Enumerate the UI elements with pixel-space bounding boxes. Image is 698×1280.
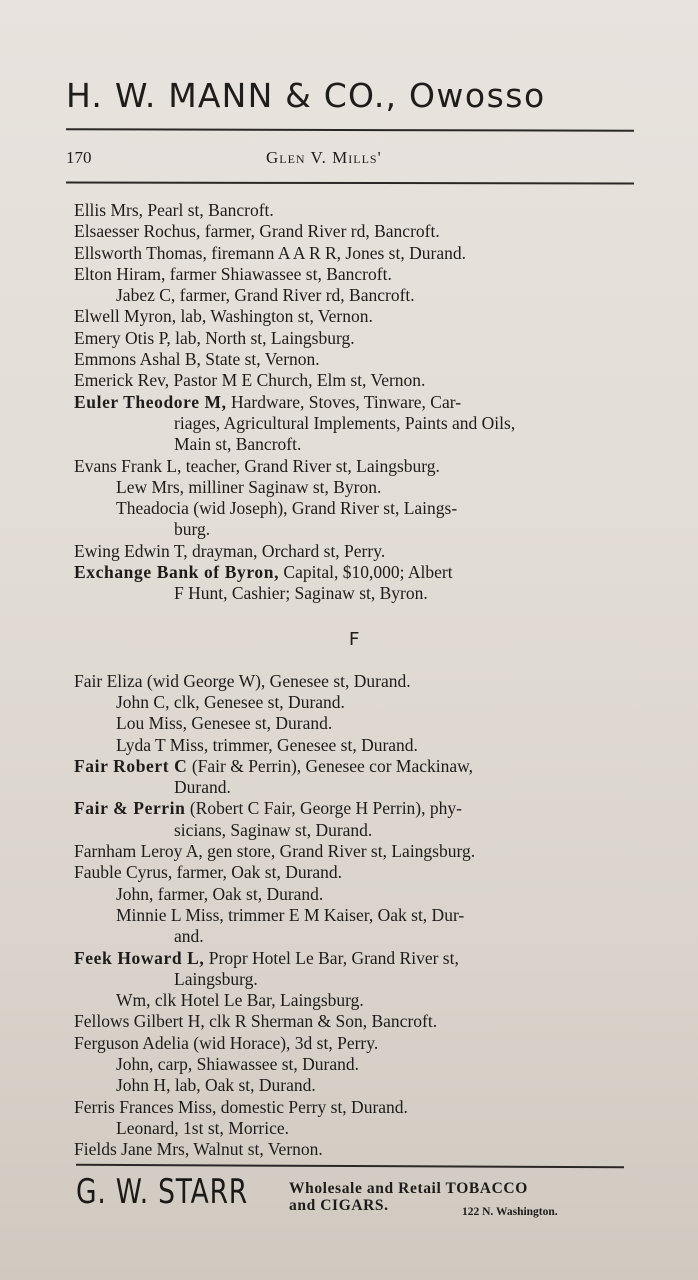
entry-text: Theadocia (wid Joseph), Grand River st, … bbox=[116, 498, 457, 518]
entry-text: Ellis Mrs, Pearl st, Bancroft. bbox=[74, 200, 274, 220]
entry-text: Evans Frank L, teacher, Grand River st, … bbox=[74, 456, 440, 476]
directory-entry: Emery Otis P, lab, North st, Laingsburg. bbox=[74, 328, 634, 349]
footer-ad-address: 122 N. Washington. bbox=[462, 1206, 558, 1218]
entry-text: Ferguson Adelia (wid Horace), 3d st, Per… bbox=[74, 1033, 378, 1053]
directory-entry: Elwell Myron, lab, Washington st, Vernon… bbox=[74, 306, 634, 327]
entry-continuation: Main st, Bancroft. bbox=[74, 434, 634, 455]
entry-continuation: and. bbox=[74, 926, 634, 947]
entry-text: Jabez C, farmer, Grand River rd, Bancrof… bbox=[116, 285, 415, 305]
directory-entry: John H, lab, Oak st, Durand. bbox=[74, 1075, 634, 1096]
header-ad-firm: H. W. MANN & CO., bbox=[66, 76, 397, 115]
directory-entry: Elton Hiram, farmer Shiawassee st, Bancr… bbox=[74, 264, 634, 285]
footer-ad-line2: and CIGARS. bbox=[289, 1197, 389, 1215]
directory-entry: Farnham Leroy A, gen store, Grand River … bbox=[74, 841, 634, 862]
footer-ad-line1: Wholesale and Retail TOBACCO bbox=[289, 1180, 528, 1198]
section-letter-f: F bbox=[74, 619, 634, 661]
entry-bold-name: Fair & Perrin bbox=[74, 798, 185, 818]
directory-entry: Elsaesser Rochus, farmer, Grand River rd… bbox=[74, 221, 634, 242]
entry-continuation: burg. bbox=[74, 519, 634, 540]
entry-text: Propr Hotel Le Bar, Grand River st, bbox=[204, 948, 458, 968]
entry-text: Hardware, Stoves, Tinware, Car- bbox=[227, 392, 461, 412]
directory-entry: John C, clk, Genesee st, Durand. bbox=[74, 692, 634, 713]
entry-text: John, carp, Shiawassee st, Durand. bbox=[116, 1054, 359, 1074]
entry-bold-name: Fair Robert C bbox=[74, 756, 187, 776]
entry-text: Lyda T Miss, trimmer, Genesee st, Durand… bbox=[116, 735, 418, 755]
entry-text: Ewing Edwin T, drayman, Orchard st, Perr… bbox=[74, 541, 385, 561]
header-ad-place: Owosso bbox=[409, 76, 546, 115]
directory-entry: Euler Theodore M, Hardware, Stoves, Tinw… bbox=[74, 392, 634, 413]
directory-entry: Leonard, 1st st, Morrice. bbox=[74, 1118, 634, 1139]
directory-entry: Fauble Cyrus, farmer, Oak st, Durand. bbox=[74, 862, 634, 883]
entry-text: (Robert C Fair, George H Perrin), phy- bbox=[185, 798, 462, 818]
entry-continuation: riages, Agricultural Implements, Paints … bbox=[74, 413, 634, 434]
directory-entry: Ellsworth Thomas, firemann A A R R, Jone… bbox=[74, 243, 634, 264]
entry-continuation: Laingsburg. bbox=[74, 969, 634, 990]
entry-text: Leonard, 1st st, Morrice. bbox=[116, 1118, 289, 1138]
footer-rule bbox=[76, 1164, 624, 1168]
directory-entry: Ewing Edwin T, drayman, Orchard st, Perr… bbox=[74, 541, 634, 562]
entry-text: Minnie L Miss, trimmer E M Kaiser, Oak s… bbox=[116, 905, 464, 925]
directory-entry: John, farmer, Oak st, Durand. bbox=[74, 884, 634, 905]
directory-entry: Emerick Rev, Pastor M E Church, Elm st, … bbox=[74, 370, 634, 391]
entries-section-e: Ellis Mrs, Pearl st, Bancroft.Elsaesser … bbox=[74, 200, 634, 605]
header-rule-bottom bbox=[66, 182, 634, 185]
directory-entry: Theadocia (wid Joseph), Grand River st, … bbox=[74, 498, 634, 519]
entry-text: Emerick Rev, Pastor M E Church, Elm st, … bbox=[74, 370, 425, 390]
page-title: Glen V. Mills' bbox=[266, 148, 382, 168]
entry-bold-name: Exchange Bank of Byron, bbox=[74, 562, 279, 582]
directory-entry: Exchange Bank of Byron, Capital, $10,000… bbox=[74, 562, 634, 583]
entry-bold-name: Feek Howard L, bbox=[74, 948, 204, 968]
page-number: 170 bbox=[66, 148, 92, 168]
entry-text: Fauble Cyrus, farmer, Oak st, Durand. bbox=[74, 862, 342, 882]
directory-page: H. W. MANN & CO., Owosso 170 Glen V. Mil… bbox=[0, 0, 698, 1280]
directory-entry: Lyda T Miss, trimmer, Genesee st, Durand… bbox=[74, 735, 634, 756]
directory-entry: Fair Robert C (Fair & Perrin), Genesee c… bbox=[74, 756, 634, 777]
entries-section-f: Fair Eliza (wid George W), Genesee st, D… bbox=[74, 671, 634, 1161]
footer-ad-brand: G. W. STARR bbox=[76, 1172, 248, 1212]
header-rule-top bbox=[66, 128, 634, 131]
entry-text: (Fair & Perrin), Genesee cor Mackinaw, bbox=[187, 756, 473, 776]
entry-text: Farnham Leroy A, gen store, Grand River … bbox=[74, 841, 475, 861]
entry-text: Wm, clk Hotel Le Bar, Laingsburg. bbox=[116, 990, 364, 1010]
entry-continuation: sicians, Saginaw st, Durand. bbox=[74, 820, 634, 841]
directory-entry: Fair & Perrin (Robert C Fair, George H P… bbox=[74, 798, 634, 819]
entry-text: Lou Miss, Genesee st, Durand. bbox=[116, 713, 332, 733]
directory-entry: Wm, clk Hotel Le Bar, Laingsburg. bbox=[74, 990, 634, 1011]
directory-entry: Ferris Frances Miss, domestic Perry st, … bbox=[74, 1097, 634, 1118]
entry-text: John H, lab, Oak st, Durand. bbox=[116, 1075, 316, 1095]
directory-entry: Ellis Mrs, Pearl st, Bancroft. bbox=[74, 200, 634, 221]
directory-entry: Fair Eliza (wid George W), Genesee st, D… bbox=[74, 671, 634, 692]
entry-text: Fields Jane Mrs, Walnut st, Vernon. bbox=[74, 1139, 323, 1159]
entry-text: Elwell Myron, lab, Washington st, Vernon… bbox=[74, 306, 373, 326]
directory-entries: Ellis Mrs, Pearl st, Bancroft.Elsaesser … bbox=[74, 200, 634, 1160]
running-head: 170 Glen V. Mills' bbox=[66, 146, 634, 172]
entry-text: John, farmer, Oak st, Durand. bbox=[116, 884, 323, 904]
directory-entry: Fellows Gilbert H, clk R Sherman & Son, … bbox=[74, 1011, 634, 1032]
entry-text: Ferris Frances Miss, domestic Perry st, … bbox=[74, 1097, 408, 1117]
entry-text: John C, clk, Genesee st, Durand. bbox=[116, 692, 345, 712]
entry-continuation: Durand. bbox=[74, 777, 634, 798]
directory-entry: Minnie L Miss, trimmer E M Kaiser, Oak s… bbox=[74, 905, 634, 926]
entry-text: Emery Otis P, lab, North st, Laingsburg. bbox=[74, 328, 355, 348]
directory-entry: Jabez C, farmer, Grand River rd, Bancrof… bbox=[74, 285, 634, 306]
entry-text: Lew Mrs, milliner Saginaw st, Byron. bbox=[116, 477, 381, 497]
directory-entry: Feek Howard L, Propr Hotel Le Bar, Grand… bbox=[74, 948, 634, 969]
directory-entry: Lew Mrs, milliner Saginaw st, Byron. bbox=[74, 477, 634, 498]
entry-text: Capital, $10,000; Albert bbox=[279, 562, 453, 582]
entry-text: Elsaesser Rochus, farmer, Grand River rd… bbox=[74, 221, 440, 241]
directory-entry: Fields Jane Mrs, Walnut st, Vernon. bbox=[74, 1139, 634, 1160]
entry-text: Fair Eliza (wid George W), Genesee st, D… bbox=[74, 671, 411, 691]
footer-advertisement: G. W. STARR Wholesale and Retail TOBACCO… bbox=[76, 1172, 636, 1232]
entry-text: Emmons Ashal B, State st, Vernon. bbox=[74, 349, 320, 369]
header-advertisement: H. W. MANN & CO., Owosso bbox=[66, 76, 636, 115]
entry-text: Fellows Gilbert H, clk R Sherman & Son, … bbox=[74, 1011, 437, 1031]
directory-entry: Evans Frank L, teacher, Grand River st, … bbox=[74, 456, 634, 477]
entry-bold-name: Euler Theodore M, bbox=[74, 392, 227, 412]
directory-entry: John, carp, Shiawassee st, Durand. bbox=[74, 1054, 634, 1075]
entry-text: Ellsworth Thomas, firemann A A R R, Jone… bbox=[74, 243, 466, 263]
directory-entry: Ferguson Adelia (wid Horace), 3d st, Per… bbox=[74, 1033, 634, 1054]
entry-continuation: F Hunt, Cashier; Saginaw st, Byron. bbox=[74, 583, 634, 604]
directory-entry: Emmons Ashal B, State st, Vernon. bbox=[74, 349, 634, 370]
directory-entry: Lou Miss, Genesee st, Durand. bbox=[74, 713, 634, 734]
entry-text: Elton Hiram, farmer Shiawassee st, Bancr… bbox=[74, 264, 392, 284]
